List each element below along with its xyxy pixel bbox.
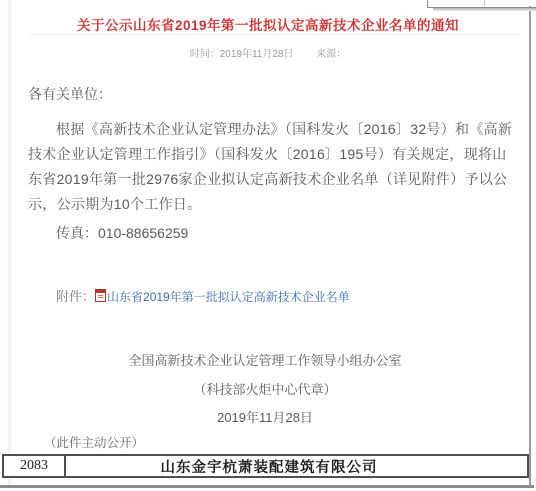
- signature-date: 2019年11月28日: [0, 407, 530, 426]
- signature-org: 全国高新技术企业认定管理工作领导小组办公室: [0, 350, 530, 369]
- meta-source: 来源：: [316, 49, 346, 60]
- company-row-name: 山东金宇杭萧装配建筑有限公司: [66, 456, 527, 476]
- disclosure-note: （此件主动公开）: [44, 433, 144, 451]
- attachment-row: 附件：山东省2019年第一批拟认定高新技术企业名单: [56, 286, 350, 305]
- signature-seal-note: （科技部火炬中心代章）: [0, 379, 530, 398]
- fax-line: 传真：010-88656259: [56, 223, 188, 243]
- notice-page: 关于公示山东省2019年第一批拟认定高新技术企业名单的通知 时间：2019年11…: [0, 0, 536, 491]
- body-paragraph: 根据《高新技术企业认定管理办法》（国科发火〔2016〕32号）和《高新技术企业认…: [28, 117, 514, 217]
- company-table-row: 2083 山东金宇杭萧装配建筑有限公司: [2, 454, 529, 478]
- page-title: 关于公示山东省2019年第一批拟认定高新技术企业名单的通知: [8, 14, 528, 34]
- salutation: 各有关单位：: [28, 84, 112, 104]
- cropped-table-cell-divider: [427, 0, 428, 7]
- meta-time: 时间：2019年11月28日: [190, 49, 294, 60]
- attachment-link[interactable]: 山东省2019年第一批拟认定高新技术企业名单: [107, 290, 350, 304]
- cropped-table-cell-divider: [484, 0, 485, 6]
- attachment-label: 附件：: [56, 289, 95, 304]
- company-row-number: 2083: [4, 456, 66, 476]
- meta-line: 时间：2019年11月28日 来源：: [8, 45, 528, 60]
- page-bottom-shadow: [0, 485, 534, 488]
- title-divider: [30, 34, 520, 35]
- cropped-table-edge-shadow: [433, 8, 536, 11]
- file-archive-icon: [95, 289, 106, 302]
